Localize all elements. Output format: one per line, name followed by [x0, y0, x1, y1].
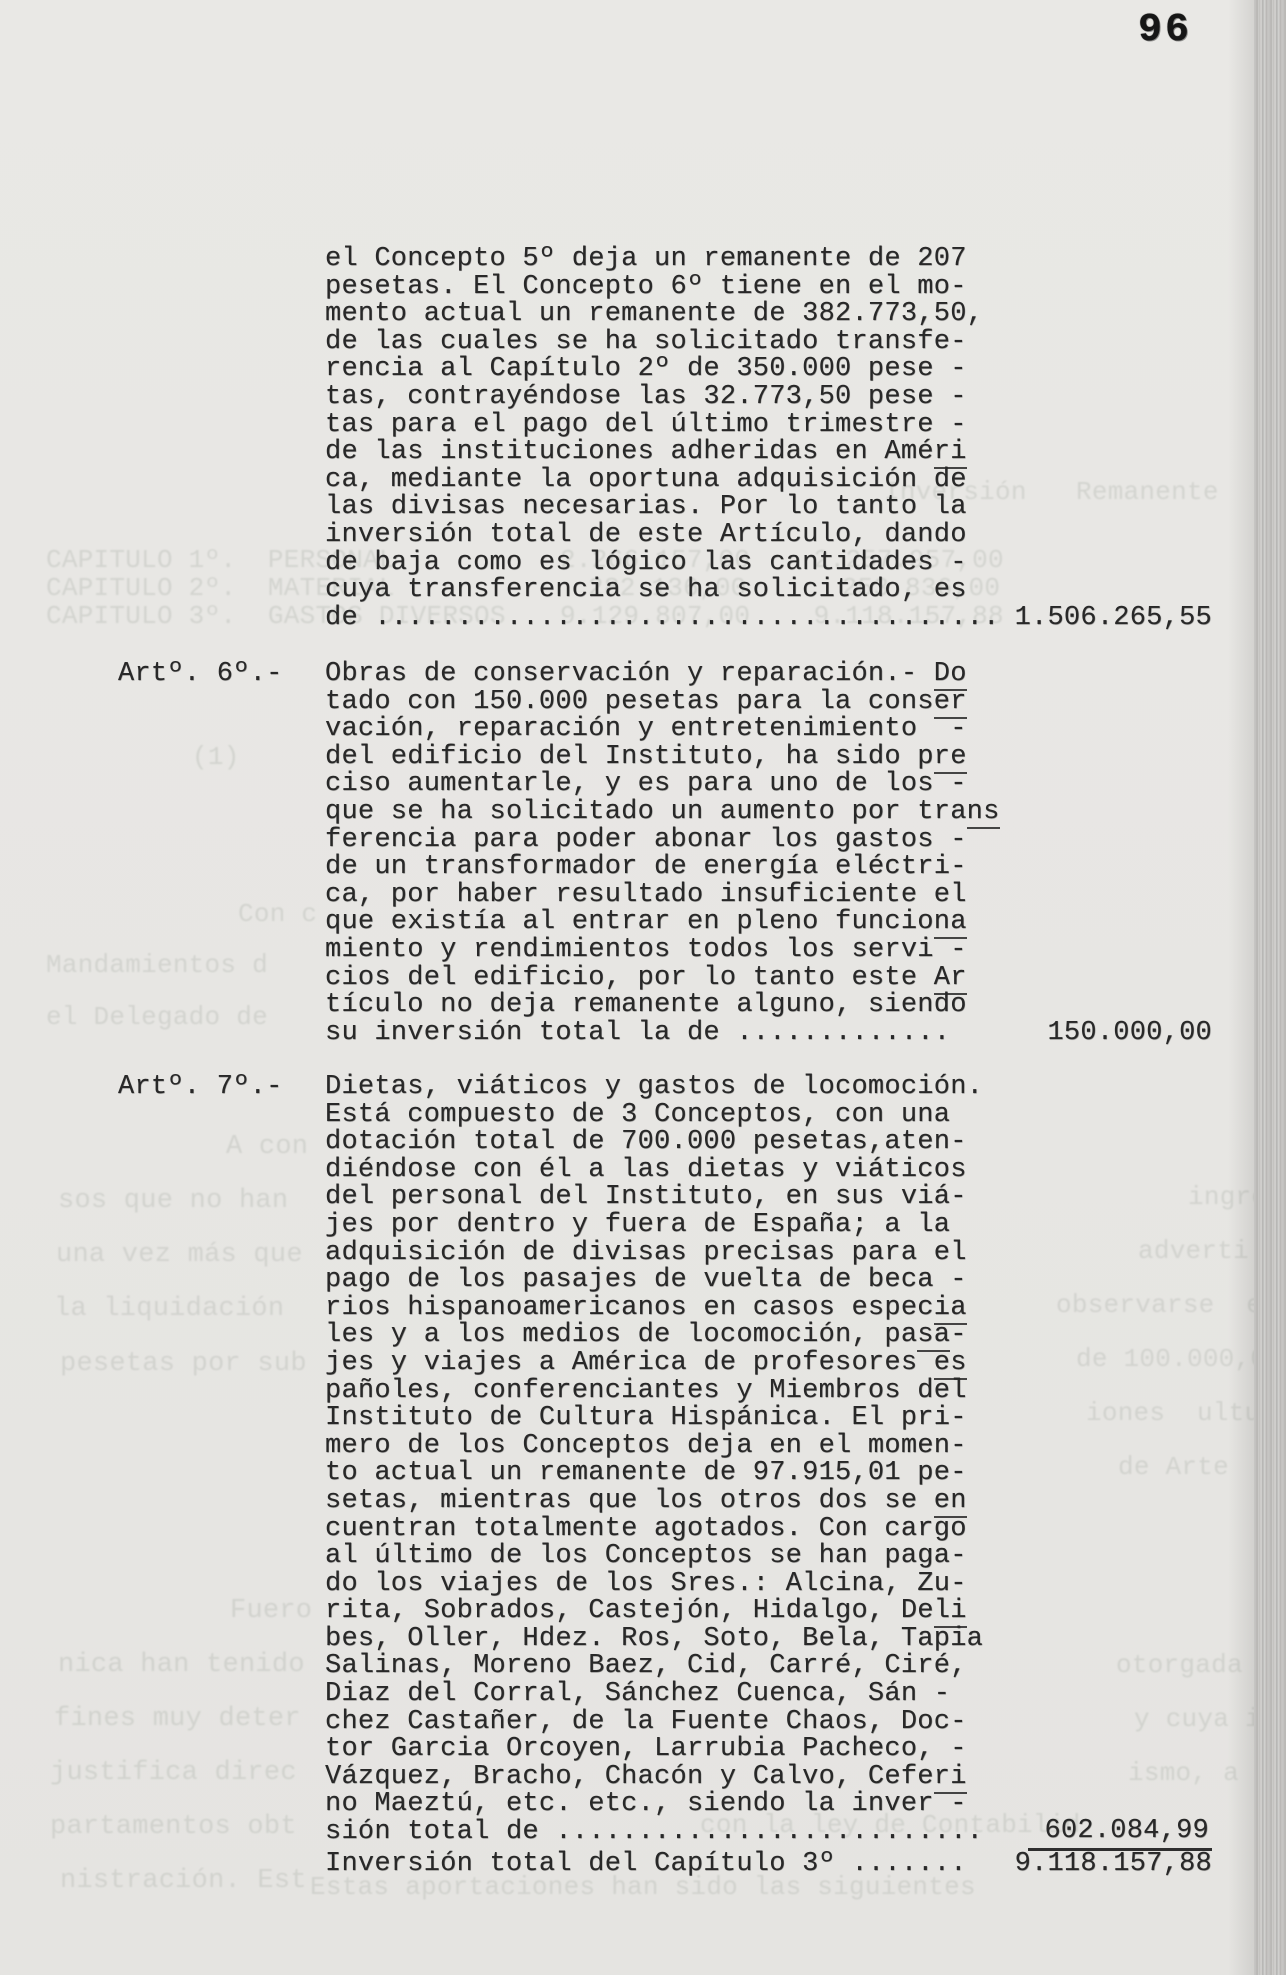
- intro-paragraph-lines: el Concepto 5º deja un remanente de 207p…: [325, 246, 1065, 632]
- book-page-edge: [1254, 0, 1286, 1975]
- text-line: al último de los Conceptos se han paga-: [325, 1543, 1065, 1571]
- text-line: jes y viajes a América de profesores es: [325, 1350, 1065, 1378]
- scanned-document-page: 96 InversiónRemanenteCAPITULO 1º. PERSON…: [0, 0, 1286, 1975]
- text-line: Dietas, viáticos y gastos de locomoción.: [325, 1074, 1065, 1102]
- text-line: Instituto de Cultura Hispánica. El pri-: [325, 1405, 1065, 1433]
- text-line: tado con 150.000 pesetas para la conser: [325, 689, 1065, 717]
- bleed-through-text: ismo, a: [1128, 1760, 1239, 1787]
- article-6-total-amount: 150.000,00: [1047, 1020, 1212, 1048]
- text-line: rencia al Capítulo 2º de 350.000 pese -: [325, 356, 1065, 384]
- text-line: inversión total de este Artículo, dando: [325, 522, 1065, 550]
- text-line: tor Garcia Orcoyen, Larrubia Pacheco, -: [325, 1736, 1065, 1764]
- text-line: Está compuesto de 3 Conceptos, con una: [325, 1102, 1065, 1130]
- article-7-total-amount: 602.084,99: [1028, 1818, 1212, 1851]
- bleed-through-text: fines muy deter: [54, 1706, 301, 1733]
- text-line: que existía al entrar en pleno funciona: [325, 909, 1065, 937]
- text-line: rita, Sobrados, Castejón, Hidalgo, Deli: [325, 1598, 1065, 1626]
- text-line: Obras de conservación y reparación.- Do: [325, 661, 1065, 689]
- text-line: ca, mediante la oportuna adquisición de: [325, 467, 1065, 495]
- article-7-label: Artº. 7º.-: [118, 1074, 283, 1102]
- text-line: del edificio del Instituto, ha sido pre: [325, 744, 1065, 772]
- article-6-lines: Obras de conservación y reparación.- Dot…: [325, 661, 1065, 1047]
- text-line: de .....................................…: [325, 605, 1065, 633]
- bleed-through-text: partamentos obt: [50, 1814, 297, 1841]
- bleed-through-text: Mandamientos d: [46, 952, 268, 979]
- page-curvature-shadow: [1228, 0, 1254, 1975]
- text-line: del personal del Instituto, en sus viá-: [325, 1184, 1065, 1212]
- text-line: to actual un remanente de 97.915,01 pe-: [325, 1460, 1065, 1488]
- text-line: setas, mientras que los otros dos se en: [325, 1488, 1065, 1516]
- bleed-through-text: el Delegado de: [46, 1004, 268, 1031]
- text-line: Salinas, Moreno Baez, Cid, Carré, Ciré,: [325, 1653, 1065, 1681]
- text-line: tas, contrayéndose las 32.773,50 pese -: [325, 384, 1065, 412]
- text-line: cios del edificio, por lo tanto este Ar: [325, 965, 1065, 993]
- text-line: adquisición de divisas precisas para el: [325, 1240, 1065, 1268]
- bleed-through-text: sos que no han: [58, 1188, 288, 1215]
- article-6-label: Artº. 6º.-: [118, 661, 283, 689]
- text-line: su inversión total la de .............: [325, 1020, 1065, 1048]
- bleed-through-text: otorgada: [1116, 1652, 1243, 1679]
- text-line: chez Castañer, de la Fuente Chaos, Doc-: [325, 1709, 1065, 1737]
- text-line: no Maeztú, etc. etc., siendo la inver -: [325, 1791, 1065, 1819]
- bleed-through-text: Con c: [238, 901, 317, 928]
- text-line: pago de los pasajes de vuelta de beca -: [325, 1267, 1065, 1295]
- chapter-total-amount: 9.118.157,88: [1015, 1851, 1212, 1879]
- text-line: pañoles, conferenciantes y Miembros del: [325, 1378, 1065, 1406]
- text-line: diéndose con él a las dietas y viáticos: [325, 1157, 1065, 1185]
- bleed-through-text: Fuero: [230, 1598, 312, 1625]
- bleed-through-text: la liquidación: [54, 1296, 284, 1323]
- bleed-through-text: Remanente: [1076, 479, 1219, 506]
- text-line: miento y rendimientos todos los servi -: [325, 937, 1065, 965]
- bleed-through-text: una vez más que: [56, 1242, 303, 1269]
- bleed-through-text: justifica direc: [50, 1760, 297, 1787]
- text-line: el Concepto 5º deja un remanente de 207: [325, 246, 1065, 274]
- text-line: cuentran totalmente agotados. Con cargo: [325, 1516, 1065, 1544]
- article-7-paragraph: Dietas, viáticos y gastos de locomoción.…: [325, 1074, 1065, 1847]
- text-line: rios hispanoamericanos en casos especia: [325, 1295, 1065, 1323]
- text-line: dotación total de 700.000 pesetas,aten-: [325, 1129, 1065, 1157]
- text-line: pesetas. El Concepto 6º tiene en el mo-: [325, 274, 1065, 302]
- text-line: de un transformador de energía eléctri-: [325, 854, 1065, 882]
- text-line: que se ha solicitado un aumento por tran…: [325, 799, 1065, 827]
- text-line: do los viajes de los Sres.: Alcina, Zu-: [325, 1571, 1065, 1599]
- text-line: tas para el pago del último trimestre -: [325, 412, 1065, 440]
- bleed-through-text: nica han tenido: [58, 1652, 305, 1679]
- article-7-lines: Dietas, viáticos y gastos de locomoción.…: [325, 1074, 1065, 1847]
- page-number: 96: [1138, 8, 1192, 53]
- text-line: cuya transferencia se ha solicitado, es: [325, 577, 1065, 605]
- chapter-total-row: Inversión total del Capítulo 3º .......: [325, 1851, 1065, 1879]
- text-line: sión total de ..........................: [325, 1819, 1065, 1847]
- bleed-through-text: pesetas por sub: [60, 1351, 307, 1378]
- intro-paragraph: el Concepto 5º deja un remanente de 207p…: [325, 246, 1065, 632]
- continuation-underline: ns: [967, 797, 1000, 829]
- text-line: les y a los medios de locomoción, pasa-: [325, 1322, 1065, 1350]
- text-line: jes por dentro y fuera de España; a la: [325, 1212, 1065, 1240]
- chapter-total-label: Inversión total del Capítulo 3º .......: [325, 1851, 1065, 1879]
- text-line: bes, Oller, Hdez. Ros, Soto, Bela, Tapia: [325, 1626, 1065, 1654]
- text-line: de baja como es lógico las cantidades -: [325, 550, 1065, 578]
- bleed-through-text: de Arte: [1118, 1454, 1229, 1481]
- article-6-paragraph: Obras de conservación y reparación.- Dot…: [325, 661, 1065, 1047]
- text-line: mero de los Conceptos deja en el momen-: [325, 1433, 1065, 1461]
- text-line: ciso aumentarle, y es para uno de los -: [325, 771, 1065, 799]
- text-line: Vázquez, Bracho, Chacón y Calvo, Ceferi: [325, 1764, 1065, 1792]
- text-line: ca, por haber resultado insuficiente el: [325, 882, 1065, 910]
- bleed-through-text: nistración. Est: [60, 1868, 307, 1895]
- text-line: de las instituciones adheridas en Améri: [325, 439, 1065, 467]
- text-line: vación, reparación y entretenimiento -: [325, 716, 1065, 744]
- text-line: mento actual un remanente de 382.773,50,: [325, 301, 1065, 329]
- bleed-through-text: A con: [226, 1134, 308, 1161]
- bleed-through-text: (1): [192, 744, 240, 771]
- text-line: Diaz del Corral, Sánchez Cuenca, Sán -: [325, 1681, 1065, 1709]
- text-line: ferencia para poder abonar los gastos -: [325, 827, 1065, 855]
- text-line: de las cuales se ha solicitado transfe-: [325, 329, 1065, 357]
- intro-article-total-amount: 1.506.265,55: [1015, 605, 1212, 633]
- text-line: tículo no deja remanente alguno, siendo: [325, 992, 1065, 1020]
- text-line: las divisas necesarias. Por lo tanto la: [325, 494, 1065, 522]
